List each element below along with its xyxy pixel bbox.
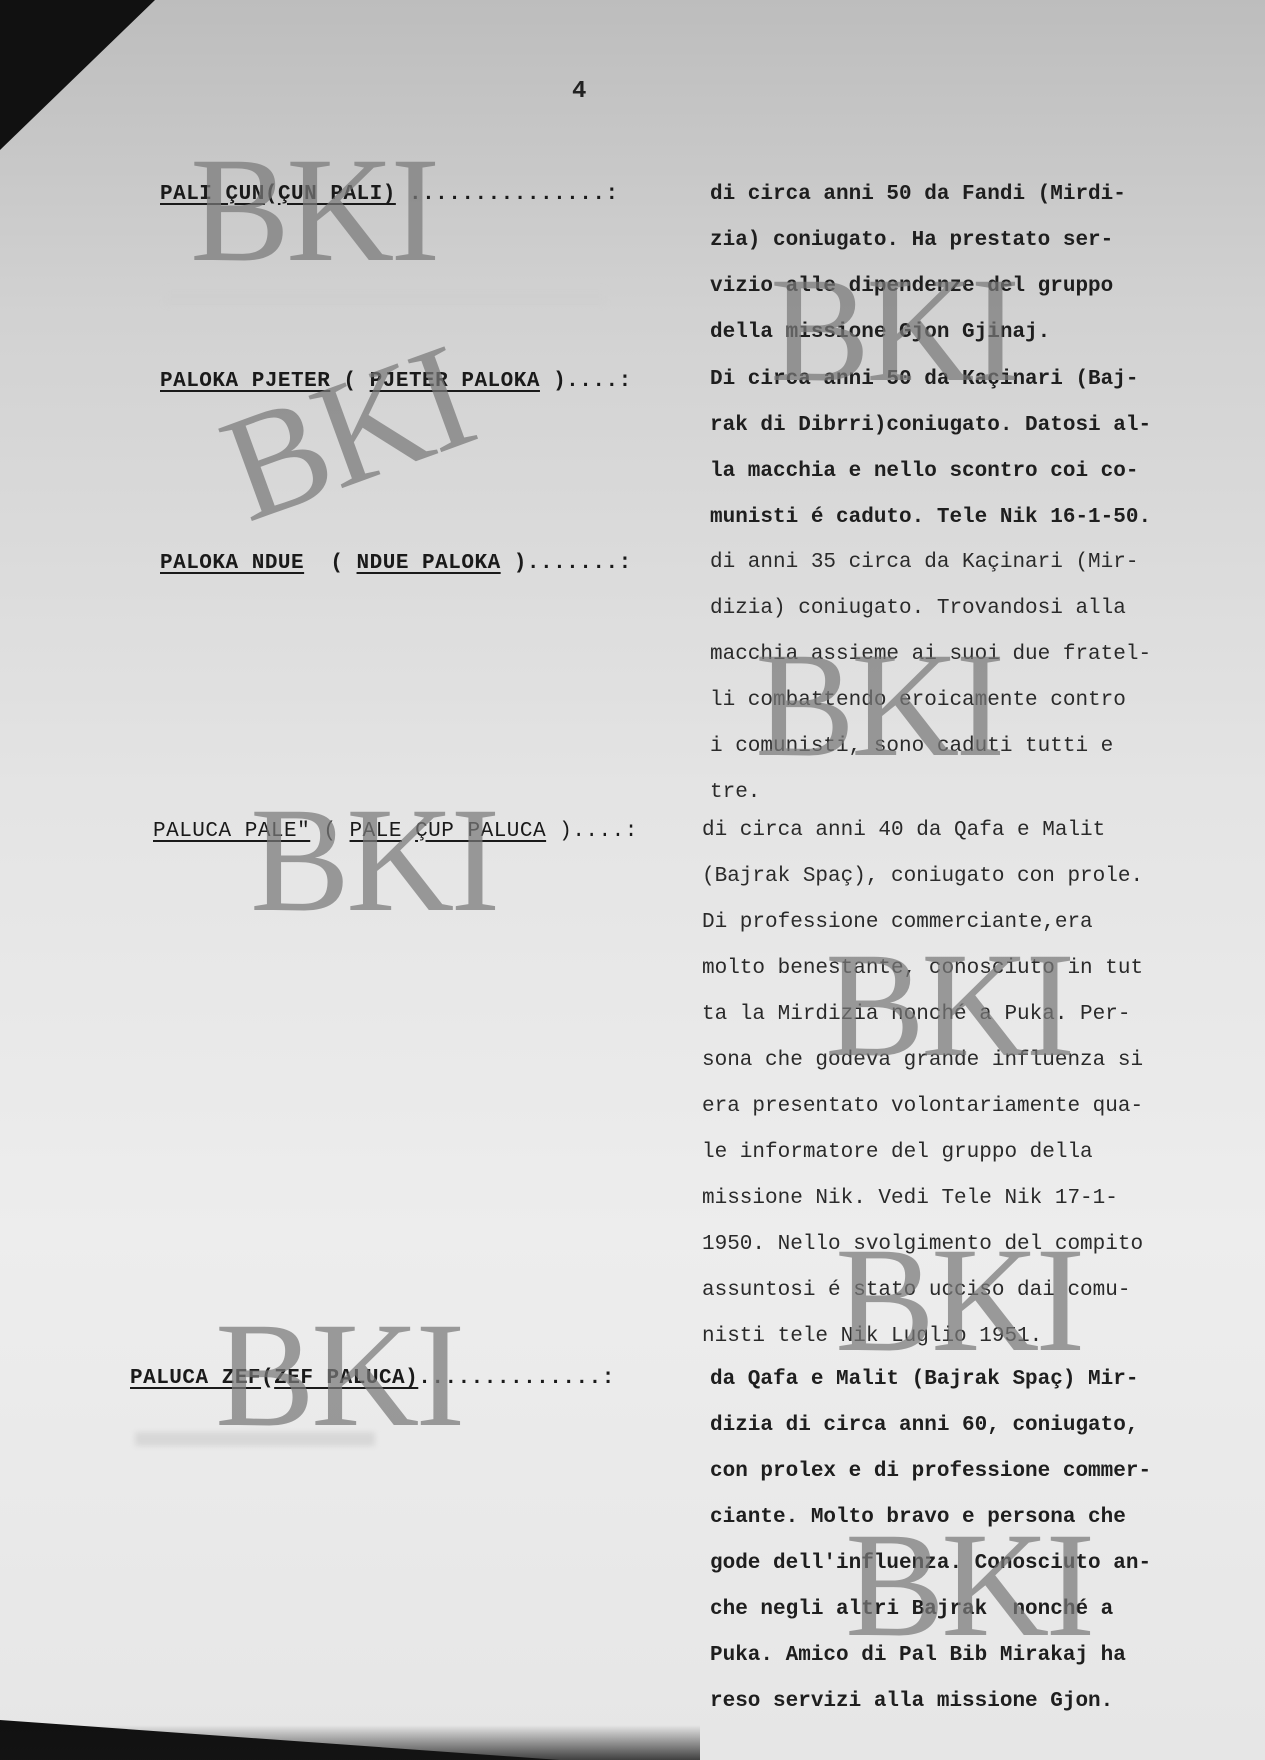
entry-name-paloka-ndue: PALOKA NDUE ( NDUE PALOKA ).......: <box>160 552 632 575</box>
entry-leader: ..............: <box>418 1367 615 1390</box>
entry-name-paloka-pjeter: PALOKA PJETER ( PJETER PALOKA )....: <box>160 370 632 393</box>
entry-description-paluca-pale: di circa anni 40 da Qafa e Malit(Bajrak … <box>702 808 1257 1360</box>
entry-name-paluca-pale: PALUCA PALE" ( PALE ÇUP PALUCA )....: <box>153 820 638 843</box>
entry-leader: ( <box>330 370 369 393</box>
description-line: macchia assieme ai suoi due fratel- <box>710 632 1265 678</box>
description-line: nisti tele Nik Luglio 1951. <box>702 1314 1257 1360</box>
description-line: della missione Gjon Gjinaj. <box>710 310 1265 356</box>
entry-description-paluca-zef: da Qafa e Malit (Bajrak Spaç) Mir-dizia … <box>710 1357 1265 1725</box>
description-line: i comunisti, sono caduti tutti e <box>710 724 1265 770</box>
entry-leader: ( <box>265 183 278 206</box>
description-line: reso servizi alla missione Gjon. <box>710 1679 1265 1725</box>
description-line: dizia) coniugato. Trovandosi alla <box>710 586 1265 632</box>
entry-leader: ).......: <box>501 552 632 575</box>
description-line: assuntosi é stato ucciso dai comu- <box>702 1268 1257 1314</box>
entry-leader: ...............: <box>396 183 619 206</box>
page-number: 4 <box>572 78 586 105</box>
description-line: missione Nik. Vedi Tele Nik 17-1- <box>702 1176 1257 1222</box>
entry-description-pali-cun: di circa anni 50 da Fandi (Mirdi-zia) co… <box>710 172 1265 356</box>
entry-name-segment: PALE <box>350 820 402 843</box>
entry-description-paloka-pjeter: Di circa anni 50 da Kaçinari (Baj-rak di… <box>710 357 1265 541</box>
description-line: di circa anni 50 da Fandi (Mirdi- <box>710 172 1265 218</box>
entry-leader: )....: <box>546 820 638 843</box>
description-line: ciante. Molto bravo e persona che <box>710 1495 1265 1541</box>
bleed-through-text <box>165 290 605 304</box>
entry-name-segment: NDUE PALOKA <box>357 552 501 575</box>
entry-name-segment: PALOKA PJETER <box>160 370 330 393</box>
description-line: dizia di circa anni 60, coniugato, <box>710 1403 1265 1449</box>
description-line: Di circa anni 50 da Kaçinari (Baj- <box>710 357 1265 403</box>
entry-name-segment: PALUCA ZEF <box>130 1367 261 1390</box>
description-line: li combattendo eroicamente contro <box>710 678 1265 724</box>
description-line: di circa anni 40 da Qafa e Malit <box>702 808 1257 854</box>
description-line: ta la Mirdizia nonché a Puka. Per- <box>702 992 1257 1038</box>
entry-leader: )....: <box>540 370 632 393</box>
description-line: zia) coniugato. Ha prestato ser- <box>710 218 1265 264</box>
description-line: molto benestante, conosciuto in tut <box>702 946 1257 992</box>
description-line: che negli altri Bajrak nonché a <box>710 1587 1265 1633</box>
entry-leader <box>402 820 415 843</box>
entry-leader: ( <box>261 1367 274 1390</box>
description-line: rak di Dibrri)coniugato. Datosi al- <box>710 403 1265 449</box>
entry-name-paluca-zef: PALUCA ZEF(ZEF PALUCA)..............: <box>130 1367 615 1390</box>
description-line: munisti é caduto. Tele Nik 16-1-50. <box>710 495 1265 541</box>
entry-name-pali-cun: PALI ÇUN(ÇUN PALI) ...............: <box>160 183 619 206</box>
description-line: la macchia e nello scontro coi co- <box>710 449 1265 495</box>
description-line: era presentato volontariamente qua- <box>702 1084 1257 1130</box>
bleed-through-text <box>135 1432 375 1446</box>
entry-name-segment: PALI ÇUN <box>160 183 265 206</box>
entry-name-segment: ZEF PALUCA) <box>274 1367 418 1390</box>
description-line: gode dell'influenza. Conosciuto an- <box>710 1541 1265 1587</box>
description-line: di anni 35 circa da Kaçinari (Mir- <box>710 540 1265 586</box>
entry-name-segment: PALUCA PALE" <box>153 820 310 843</box>
description-line: le informatore del gruppo della <box>702 1130 1257 1176</box>
entry-name-segment: ÇUN PALI) <box>278 183 396 206</box>
description-line: sona che godeva grande influenza si <box>702 1038 1257 1084</box>
description-line: vizio alle dipendenze del gruppo <box>710 264 1265 310</box>
description-line: (Bajrak Spaç), coniugato con prole. <box>702 854 1257 900</box>
description-line: Di professione commerciante,era <box>702 900 1257 946</box>
entry-name-segment: ÇUP PALUCA <box>415 820 546 843</box>
description-line: 1950. Nello svolgimento del compito <box>702 1222 1257 1268</box>
entry-name-segment: PJETER PALOKA <box>370 370 540 393</box>
description-line: da Qafa e Malit (Bajrak Spaç) Mir- <box>710 1357 1265 1403</box>
description-line: con prolex e di professione commer- <box>710 1449 1265 1495</box>
entry-leader: ( <box>310 820 349 843</box>
entry-name-segment: PALOKA NDUE <box>160 552 304 575</box>
entry-description-paloka-ndue: di anni 35 circa da Kaçinari (Mir-dizia)… <box>710 540 1265 816</box>
description-line: Puka. Amico di Pal Bib Mirakaj ha <box>710 1633 1265 1679</box>
page-edge-shadow <box>0 1725 700 1760</box>
entry-leader: ( <box>304 552 356 575</box>
